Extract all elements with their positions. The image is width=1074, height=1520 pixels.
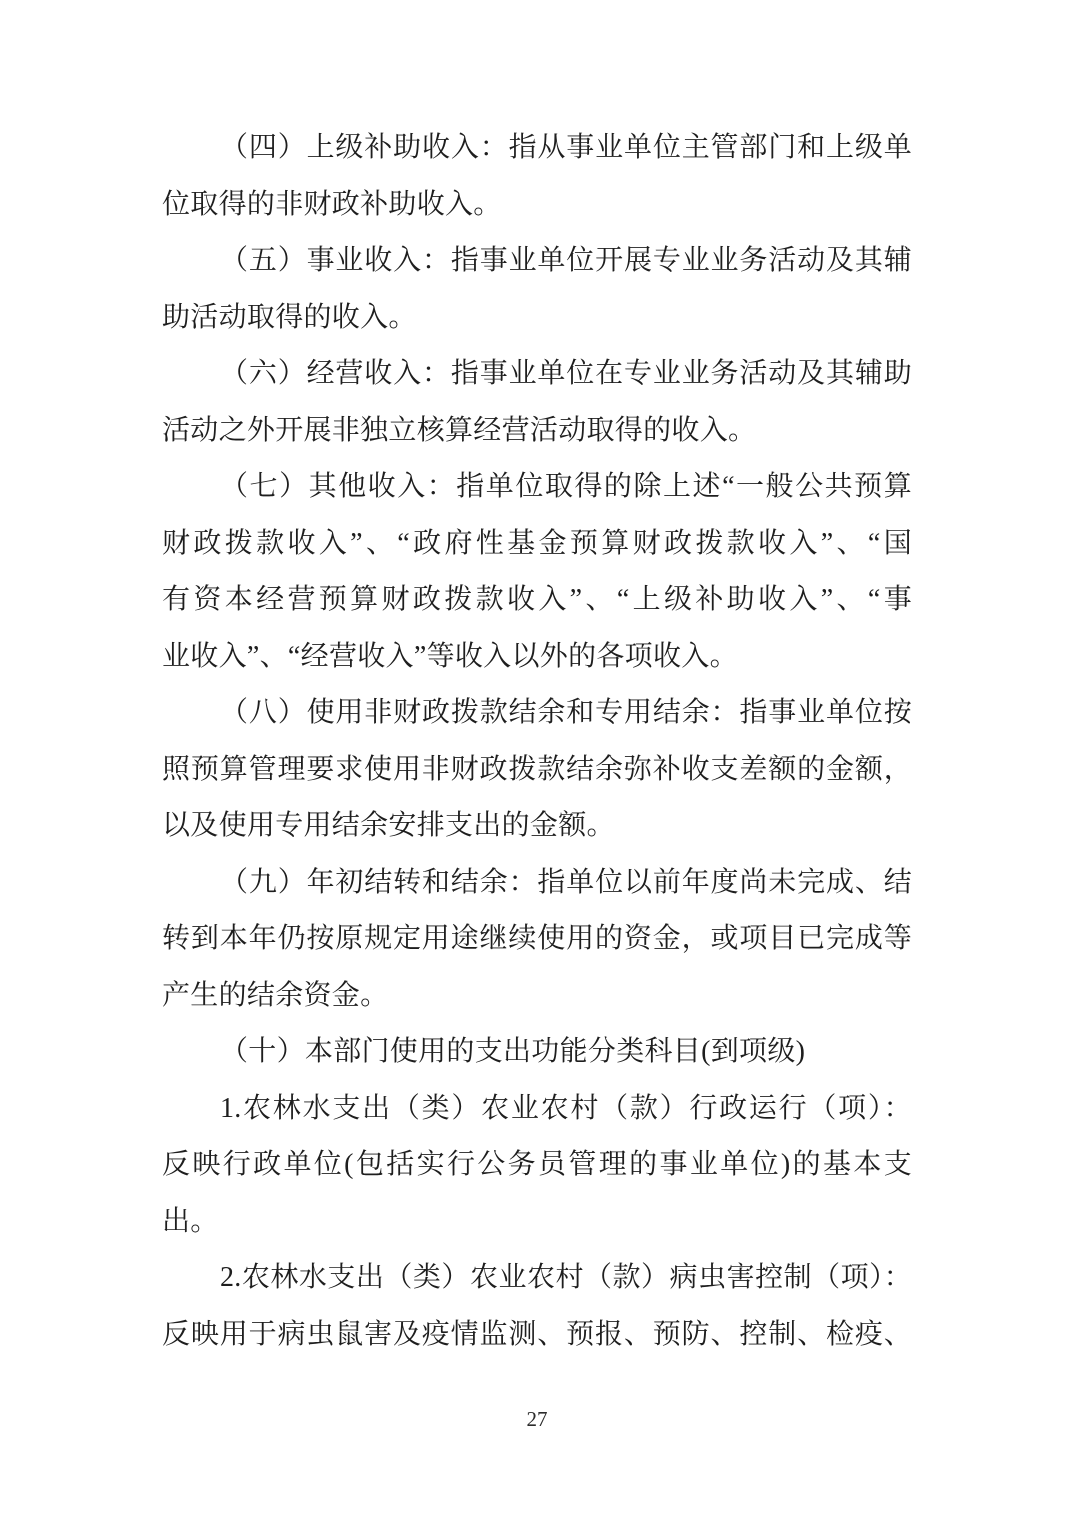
text-line: 以及使用专用结余安排支出的金额。 [162,798,912,855]
paragraph: 2.农林水支出（类）农业农村（款）病虫害控制（项）： 反映用于病虫鼠害及疫情监测… [162,1250,912,1363]
text-line: 出。 [162,1194,912,1251]
page-number: 27 [0,1405,1074,1433]
paragraph: （五）事业收入：指事业单位开展专业业务活动及其辅 助活动取得的收入。 [162,233,912,346]
text-line: 转到本年仍按原规定用途继续使用的资金，或项目已完成等 [162,911,912,968]
text-line: （八）使用非财政拨款结余和专用结余：指事业单位按 [162,685,912,742]
text-line: 反映用于病虫鼠害及疫情监测、预报、预防、控制、检疫、 [162,1307,912,1364]
text-line: （五）事业收入：指事业单位开展专业业务活动及其辅 [162,233,912,290]
text-line: 助活动取得的收入。 [162,290,912,347]
text-line: （六）经营收入：指事业单位在专业业务活动及其辅助 [162,346,912,403]
text-line: 位取得的非财政补助收入。 [162,177,912,234]
text-line: 财政拨款收入”、“政府性基金预算财政拨款收入”、“国 [162,516,912,573]
paragraph: （十）本部门使用的支出功能分类科目(到项级) [162,1024,912,1081]
text-line: 反映行政单位(包括实行公务员管理的事业单位)的基本支 [162,1137,912,1194]
paragraph: （四）上级补助收入：指从事业单位主管部门和上级单 位取得的非财政补助收入。 [162,120,912,233]
paragraph: 1.农林水支出（类）农业农村（款）行政运行（项）： 反映行政单位(包括实行公务员… [162,1081,912,1251]
text-line: （四）上级补助收入：指从事业单位主管部门和上级单 [162,120,912,177]
paragraph: （八）使用非财政拨款结余和专用结余：指事业单位按 照预算管理要求使用非财政拨款结… [162,685,912,855]
text-line: 业收入”、“经营收入”等收入以外的各项收入。 [162,629,912,686]
text-line: 照预算管理要求使用非财政拨款结余弥补收支差额的金额， [162,742,912,799]
text-line: 1.农林水支出（类）农业农村（款）行政运行（项）： [162,1081,912,1138]
document-page: （四）上级补助收入：指从事业单位主管部门和上级单 位取得的非财政补助收入。 （五… [0,0,1074,1520]
text-line: 2.农林水支出（类）农业农村（款）病虫害控制（项）： [162,1250,912,1307]
paragraph: （六）经营收入：指事业单位在专业业务活动及其辅助 活动之外开展非独立核算经营活动… [162,346,912,459]
paragraph: （七）其他收入：指单位取得的除上述“一般公共预算 财政拨款收入”、“政府性基金预… [162,459,912,685]
text-line: （十）本部门使用的支出功能分类科目(到项级) [162,1024,912,1081]
text-line: 产生的结余资金。 [162,968,912,1025]
text-line: （九）年初结转和结余：指单位以前年度尚未完成、结 [162,855,912,912]
text-line: 有资本经营预算财政拨款收入”、“上级补助收入”、“事 [162,572,912,629]
paragraph: （九）年初结转和结余：指单位以前年度尚未完成、结 转到本年仍按原规定用途继续使用… [162,855,912,1025]
text-line: 活动之外开展非独立核算经营活动取得的收入。 [162,403,912,460]
document-body: （四）上级补助收入：指从事业单位主管部门和上级单 位取得的非财政补助收入。 （五… [162,120,912,1363]
text-line: （七）其他收入：指单位取得的除上述“一般公共预算 [162,459,912,516]
